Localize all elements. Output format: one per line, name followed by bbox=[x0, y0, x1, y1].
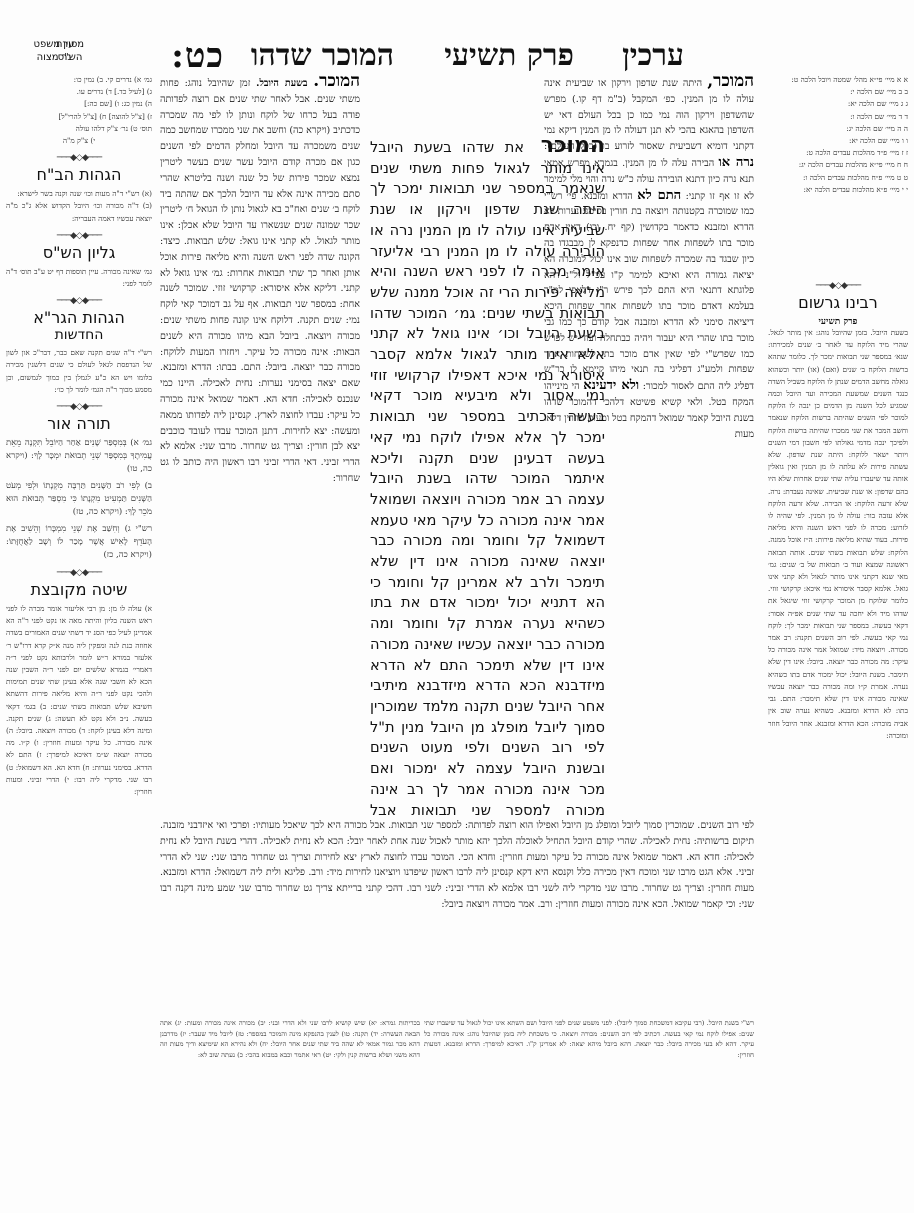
gemara-main-text: המוכר את שדהו בשעת היובל אינו מותר לגאול… bbox=[370, 136, 605, 816]
torah-or-block: גמ׳ א) בְּמִסְפַּר שָׁנִים אַחַר הַיּוֹב… bbox=[6, 437, 152, 562]
rabbeinu-gershom-title: רבינו גרשום bbox=[768, 293, 908, 312]
ein-mishpat-column: א א מיי׳ פי״א מהל׳ שמטה ויובל הלכה ט: ב … bbox=[768, 74, 908, 196]
ein-mishpat-entry: ג ג מיי׳ שם הלכה יא: bbox=[768, 98, 908, 110]
gemara-text: את שדהו בשעת היובל אינו מותר לגאול פחות … bbox=[370, 139, 605, 816]
tosafot-opener: המוכר. bbox=[313, 74, 360, 91]
tosafot-text: זמן שהיובל נוהג: פחות משתי שנים. אבל לאח… bbox=[160, 78, 360, 484]
tractate-name: ערכין bbox=[622, 38, 684, 73]
shita-mekubetzet-title: שיטה מקובצת bbox=[6, 580, 152, 599]
hagahot-bach-line: (א) רש"י ד"ה מעות וכו׳ שנה וקנה בשר לישר… bbox=[6, 188, 152, 200]
rashi-heading: נרה או bbox=[718, 155, 754, 170]
rashi-opener: המוכר, bbox=[707, 74, 754, 91]
masoret-label: מסורת הש"ס bbox=[40, 38, 100, 64]
ein-mishpat-entry: י י מיי׳ פ״א מהלכות עבדים הלכה יא: bbox=[768, 184, 908, 196]
ein-mishpat-entry: ו ו מיי׳ שם הלכה יא: bbox=[768, 135, 908, 147]
torah-or-verse: גמ׳ א) בְּמִסְפַּר שָׁנִים אַחַר הַיּוֹב… bbox=[6, 437, 152, 476]
masoret-label-1: מסורת bbox=[40, 38, 100, 51]
gershom-perek-subhead: פרק תשיעי bbox=[768, 316, 908, 327]
gilyon-line: גמ׳ שאינה מכורה. עיין תוספות דף יט ע"ב ת… bbox=[6, 266, 152, 290]
ornament-divider: ───◆◇◆─── bbox=[6, 153, 152, 163]
gilyon-hashas-block: גמ׳ שאינה מכורה. עיין תוספות דף יט ע"ב ת… bbox=[6, 266, 152, 290]
rashi-heading: התם לא bbox=[637, 188, 681, 203]
ornament-divider: ───◆◇◆─── bbox=[6, 296, 152, 306]
left-margin-column: גמ׳ א) נדרים קי. ב) נמין כו: ג) [לעיל כד… bbox=[6, 74, 152, 1204]
ein-mishpat-entry: ז ז מיי׳ פ״ד מהלכות עבדים הלכה ט: bbox=[768, 147, 908, 159]
hagahot-gra-block: רש"י ד"ה שנים תקנה שאם כבר, דבר"כ און לש… bbox=[6, 347, 152, 396]
rabbeinu-gershom-column: ───◆◇◆─── רבינו גרשום פרק תשיעי בשעת היו… bbox=[768, 275, 908, 1205]
masoret-line: י) צ"ק מ"ה bbox=[6, 135, 152, 147]
footnotes-left: בכריתות גמרא: יא) שיש קושיא לרבו שני ולא… bbox=[160, 1018, 420, 1088]
chapter-name: המוכר שדהו bbox=[251, 38, 394, 73]
masoret-line: ה) נמין כג: ו) [שם כה:] bbox=[6, 98, 152, 110]
tosafot-column: המוכר. בשעת היובל. זמן שהיובל נוהג: פחות… bbox=[160, 74, 360, 804]
bottom-commentary-text: לפי רוב השנים. שמוכרין סמוך ליובל ומופלג… bbox=[160, 820, 754, 910]
ornament-divider: ───◆◇◆─── bbox=[6, 402, 152, 412]
ornament-divider: ───◆◇◆─── bbox=[6, 568, 152, 578]
ornament-divider: ───◆◇◆─── bbox=[768, 281, 908, 291]
ein-mishpat-entry: ה ה מיי׳ שם הלכה יג: bbox=[768, 123, 908, 135]
footnotes-right: רש"י בשנת היובל. (רבי עקיבא דמשכחת סמוך … bbox=[424, 1018, 754, 1088]
hagahot-gra-subtitle: החדשות bbox=[6, 327, 152, 343]
rabbeinu-gershom-text: בשעת היובל. בזמן שהיובל נוהג: אין מותר ל… bbox=[768, 327, 908, 742]
masoret-line: ג) [לעיל כד.] ד) נדרים עו. bbox=[6, 86, 152, 98]
masoret-label-2: הש"ס bbox=[40, 51, 100, 64]
footnotes-text: רש"י בשנת היובל. (רבי עקיבא דמשכחת סמוך … bbox=[424, 1019, 754, 1059]
torah-or-title: תורה אור bbox=[6, 414, 152, 433]
ein-mishpat-entry: א א מיי׳ פי״א מהל׳ שמטה ויובל הלכה ט: bbox=[768, 74, 908, 86]
ein-mishpat-entry: ב ב מיי׳ שם הלכה י: bbox=[768, 86, 908, 98]
torah-or-verse: ב) לְפִי רֹב הַשָּׁנִים תַּרְבֶּה מִקְנָ… bbox=[6, 480, 152, 519]
hagahot-bach-block: (א) רש"י ד"ה מעות וכו׳ שנה וקנה בשר לישר… bbox=[6, 188, 152, 225]
masoret-line: ז) [צ"ל להוצה] ח) [צ"ל להרי"ל] bbox=[6, 111, 152, 123]
tosafot-heading: בשעת היובל. bbox=[256, 78, 307, 89]
ein-mishpat-entry: ח ח מיי׳ פי״א מהלכות עבדים הלכה יג: bbox=[768, 159, 908, 171]
bottom-commentary: לפי רוב השנים. שמוכרין סמוך ליובל ומופלג… bbox=[160, 818, 754, 1010]
hagahot-gra-title: הגהות הגר"א bbox=[6, 308, 152, 327]
daf-number: כט: bbox=[171, 36, 224, 76]
masoret-line: תוס׳ ט) נר׳ צ"ק דלהו עולה bbox=[6, 123, 152, 135]
ornament-divider: ───◆◇◆─── bbox=[6, 231, 152, 241]
gilyon-hashas-title: גליון הש"ס bbox=[6, 243, 152, 262]
footnotes-text: בכריתות גמרא: יא) שיש קושיא לרבו שני ולא… bbox=[160, 1019, 420, 1059]
masoret-hashas-block: גמ׳ א) נדרים קי. ב) נמין כו: ג) [לעיל כד… bbox=[6, 74, 152, 147]
perek-number: פרק תשיעי bbox=[444, 38, 574, 73]
gemara-opener: המוכר bbox=[541, 136, 605, 158]
ein-mishpat-entry: ד ד מיי׳ שם הלכה ו: bbox=[768, 111, 908, 123]
hagahot-gra-line: רש"י ד"ה שנים תקנה שאם כבר, דבר"כ און לש… bbox=[6, 347, 152, 396]
masoret-line: גמ׳ א) נדרים קי. ב) נמין כו: bbox=[6, 74, 152, 86]
shita-mekubetzet-text: א) עולה לו מן: מן רבי אליעזר אומר מכרה ל… bbox=[6, 603, 152, 798]
hagahot-bach-title: הגהות הב"ח bbox=[6, 165, 152, 184]
ein-mishpat-entry: ט ט מיי׳ פ״ח מהלכות עבדים הלכה ו: bbox=[768, 172, 908, 184]
torah-or-verse: רש"י ג) וְחִשַּׁב אֶת שְׁנֵי מִמְכָּרוֹ … bbox=[6, 523, 152, 562]
hagahot-bach-line: (ב) ד"ה מכורה וכו׳ היובל הקדוש אלא ג"כ מ… bbox=[6, 200, 152, 224]
